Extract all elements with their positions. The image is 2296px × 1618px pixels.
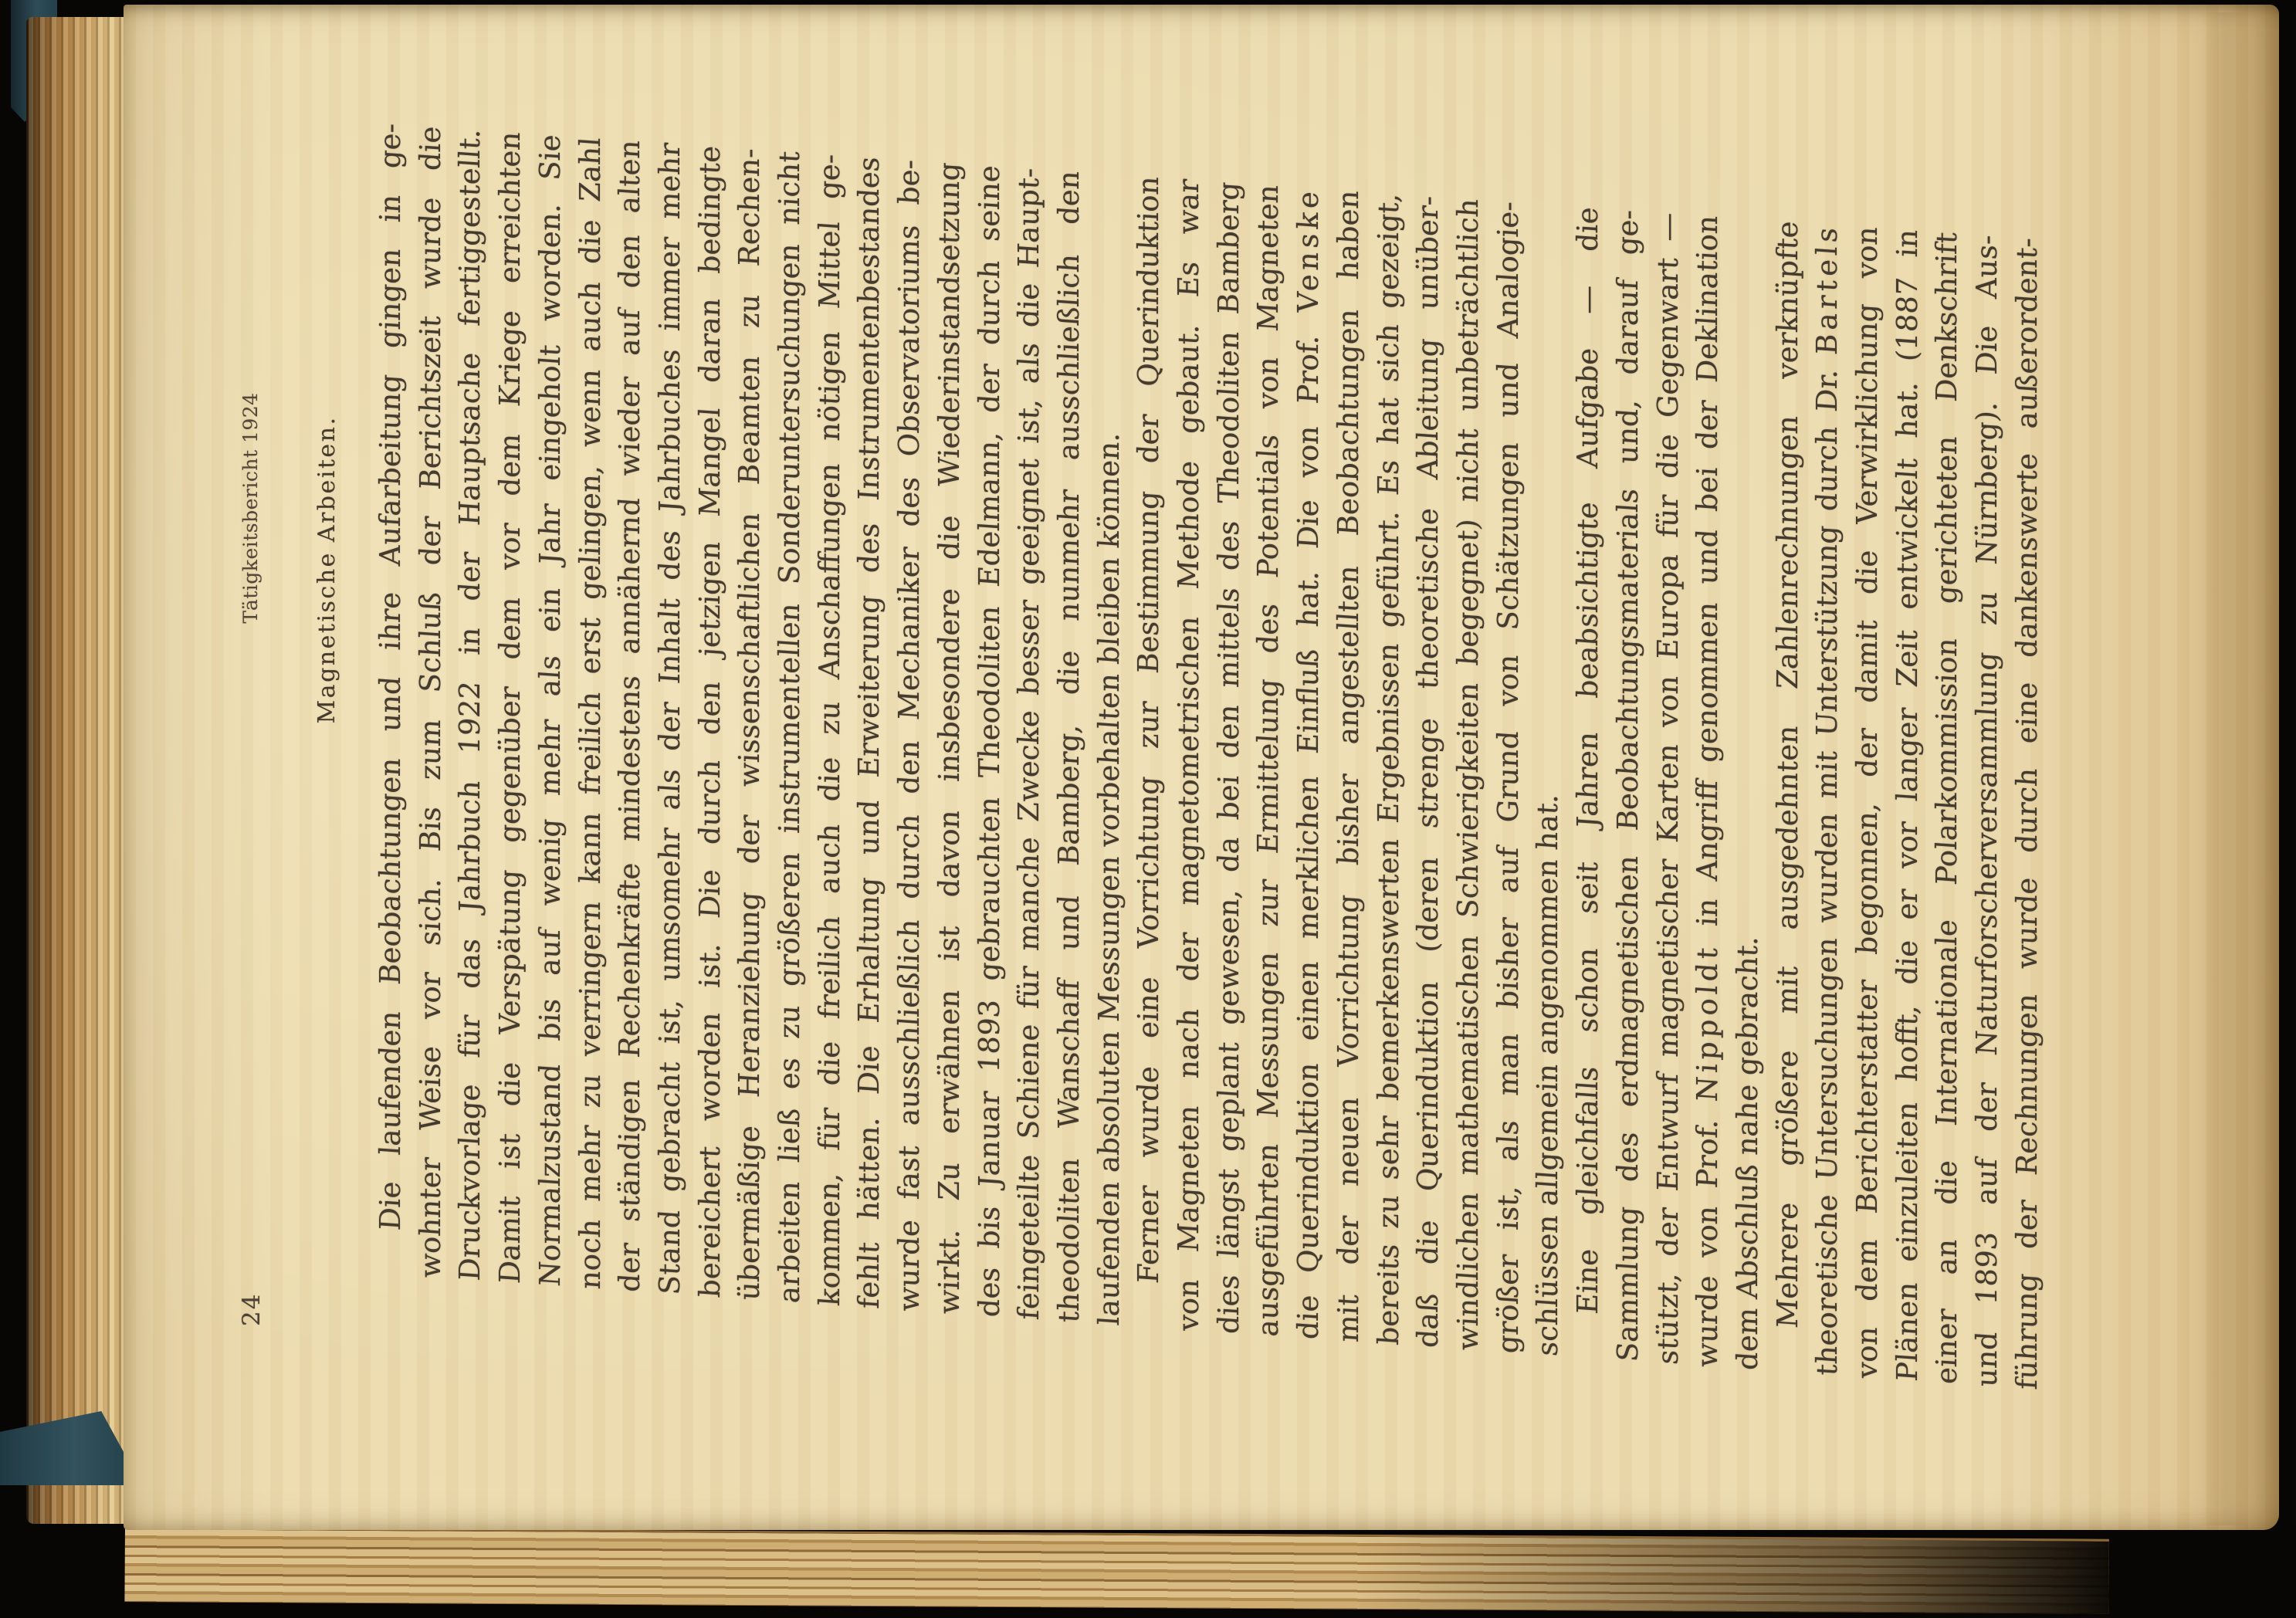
text-line: übermäßige Heranziehung der wissenschaft…	[730, 147, 770, 1302]
text-line: mit der neuen Vorrichtung bisher angeste…	[1329, 189, 1369, 1344]
text-line: Die laufenden Beobachtungen und ihre Auf…	[371, 122, 411, 1277]
text-line: fehlt hätten. Die Erhaltung und Erweiter…	[849, 155, 889, 1310]
text-line: kommen, für die freilich auch die zu Ans…	[810, 153, 850, 1308]
text-line: dies längst geplant gewesen, da bei den …	[1209, 181, 1249, 1335]
section-heading: Magnetische Arbeiten.	[313, 415, 340, 723]
page-edges-left	[26, 17, 128, 1524]
text-line: die Querinduktion einen merklichen Einfl…	[1289, 186, 1329, 1341]
text-line: windlichen mathematischen Schwierigkeite…	[1448, 198, 1488, 1352]
text-line: wurde fast ausschließlich durch den Mech…	[889, 158, 930, 1313]
text-line: bereichert worden ist. Die durch den jet…	[690, 144, 730, 1299]
text-line: theoretische Untersuchungen wurden mit U…	[1807, 222, 1847, 1377]
text-line: von Magneten nach der magnetometrischen …	[1169, 178, 1209, 1332]
text-line: Normalzustand bis auf wenig mehr als ein…	[530, 133, 571, 1288]
text-line: des bis Januar 1893 gebrauchten Theodoli…	[970, 164, 1010, 1318]
page-text-layer: 24 Tätigkeitsbericht 1924 Magnetische Ar…	[124, 0, 2285, 1606]
text-line: stützt, der Entwurf magnetischer Karten …	[1648, 212, 1688, 1366]
text-line: wohnter Weise vor sich. Bis zum Schluß d…	[411, 125, 451, 1280]
text-line: größer ist, als man bisher auf Grund von…	[1488, 200, 1529, 1355]
body-text: Die laufenden Beobachtungen und ihre Auf…	[371, 122, 2047, 1391]
text-line: und 1893 auf der Naturforscherversammlun…	[1967, 234, 2007, 1389]
running-head: Tätigkeitsbericht 1924	[239, 392, 262, 623]
text-line: dem Abschluß nahe gebracht.	[1728, 217, 1768, 1372]
text-line: arbeiten ließ es zu größeren instrumente…	[770, 150, 810, 1305]
text-line: Sammlung des erdmagnetischen Beobachtung…	[1608, 208, 1648, 1363]
rotated-page-content: 24 Tätigkeitsbericht 1924 Magnetische Ar…	[124, 0, 2285, 1606]
text-line: von dem Berichterstatter begonnen, der d…	[1847, 225, 1888, 1380]
text-line: bereits zu sehr bemerkenswerten Ergebnis…	[1369, 191, 1409, 1346]
text-line: noch mehr zu verringern kann freilich er…	[571, 136, 611, 1291]
page-number: 24	[238, 1293, 266, 1326]
text-line: Druckvorlage für das Jahrbuch 1922 in de…	[450, 127, 490, 1282]
text-line: führung der Rechnungen wurde durch eine …	[2007, 236, 2047, 1391]
page-crease	[2293, 12, 2296, 1525]
text-line: Stand gebracht ist, umsomehr als der Inh…	[650, 141, 690, 1296]
text-line: ausgeführten Messungen zur Ermittelung d…	[1248, 184, 1289, 1339]
text-line: daß die Querinduktion (deren strenge the…	[1408, 195, 1448, 1349]
book-cover-cloth-bottom	[0, 1411, 124, 1485]
text-line: schlüssen allgemein angenommen hat.	[1528, 203, 1568, 1358]
photo-background: 24 Tätigkeitsbericht 1924 Magnetische Ar…	[0, 0, 2296, 1618]
text-line: feingeteilte Schiene für manche Zwecke b…	[1009, 167, 1049, 1322]
text-line: laufenden absoluten Messungen vorbehalte…	[1089, 172, 1129, 1327]
text-line: Ferner wurde eine Vorrichtung zur Bestim…	[1129, 175, 1169, 1330]
text-line: Mehrere größere mit ausgedehnten Zahlenr…	[1768, 220, 1808, 1375]
text-line: wirkt. Zu erwähnen ist davon insbesonder…	[930, 161, 970, 1316]
text-line: Plänen einzuleiten hofft, die er vor lan…	[1888, 228, 1928, 1383]
text-line: Damit ist die Verspätung gegenüber dem v…	[490, 130, 530, 1285]
text-line: wurde von Prof. Nippoldt in Angriff geno…	[1688, 214, 1728, 1369]
text-line: Eine gleichfalls schon seit Jahren beabs…	[1568, 205, 1608, 1360]
text-line: einer an die Internationale Polarkommiss…	[1927, 231, 1967, 1386]
text-line: theodoliten Wanschaff und Bamberg, die n…	[1049, 169, 1089, 1324]
text-line: der ständigen Rechenkräfte mindestens an…	[610, 139, 650, 1294]
